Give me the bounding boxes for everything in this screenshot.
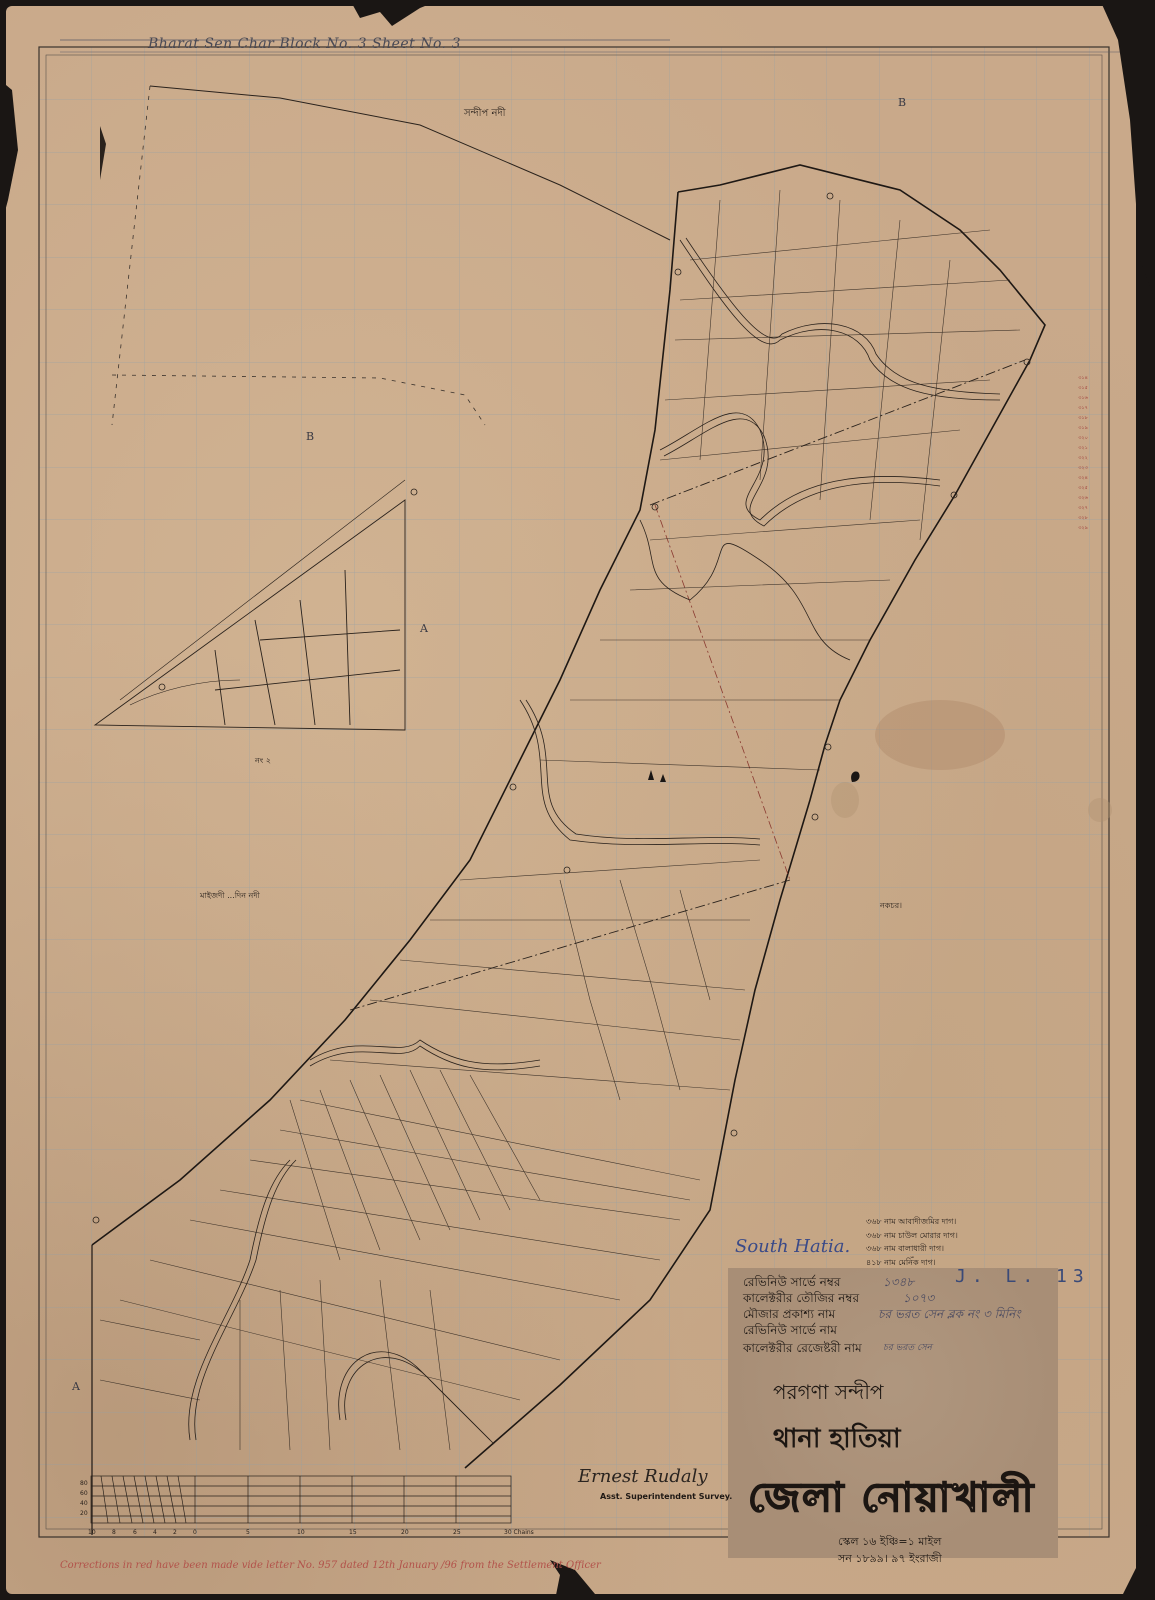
zila-title: জেলা নোয়াখালী [748, 1466, 1035, 1533]
legend-note: ৪১৮ নাম মেনিঁক দাগ। [866, 1256, 958, 1270]
scale-vtick: 60 [80, 1490, 88, 1497]
grid-letter-b-mid: B [306, 430, 314, 443]
scale-vtick: 40 [80, 1500, 88, 1507]
thana-title: থানা হাতিয়া [773, 1418, 901, 1462]
south-hatia-annotation: South Hatia. [735, 1236, 850, 1257]
scale-tick: 30 Chains [504, 1529, 534, 1536]
panel-label-revenue-survey-name: রেভিনিউ সার্ভে নাম [743, 1322, 837, 1342]
east-label: নকচর। [880, 900, 902, 913]
correction-note: Corrections in red have been made vide l… [60, 1560, 601, 1571]
river-label-west: মাইজদী ...দিন নদী [200, 890, 260, 903]
scale-tick: 8 [112, 1529, 116, 1536]
legend-note: ৩৬৮ নাম বালাধারী দাগ। [866, 1242, 958, 1256]
scale-tick: 6 [133, 1529, 137, 1536]
scale-vtick: 20 [80, 1510, 88, 1517]
scale-tick: 25 [453, 1529, 461, 1536]
legend-note: ৩৬৮ নাম চাউল মোরার দাগ। [866, 1229, 958, 1243]
panel-value-mouza-name: চর ভরত সেন ব্লক নং ৩ মিনিং [878, 1306, 1020, 1326]
panel-value-registry-name: চর ভরত সেন [883, 1340, 932, 1355]
scale-tick: 10 [88, 1529, 96, 1536]
scale-tick: 10 [297, 1529, 305, 1536]
sheet-title: Bharat Sen Char Block No. 3 Sheet No. 3 [148, 36, 461, 52]
scale-tick: 15 [349, 1529, 357, 1536]
water-stain [875, 700, 1005, 770]
title-label-panel: রেভিনিউ সার্ভে নম্বর ১৩৪৮ কালেক্টরীর তৌজ… [728, 1268, 1058, 1558]
inset-label: নং ২ [255, 755, 271, 768]
grid-letter-a-inset: A [420, 622, 428, 635]
grid-letter-a-bottom: A [72, 1380, 80, 1393]
year-note: সন ১৮৯৯। ৯৭ ইংরাজী [838, 1550, 942, 1569]
surveyor-signature: Ernest Rudaly [578, 1466, 708, 1487]
jl-number: J. L. 13 [955, 1266, 1090, 1287]
scale-tick: 20 [401, 1529, 409, 1536]
scale-tick: 4 [153, 1529, 157, 1536]
side-plot-list: ৩১৪৩১৫ ৩১৬৩১৭ ৩১৮৩১৯ ৩২০৩২১ ৩২২৩২৩ ৩২৪৩২… [1073, 373, 1093, 533]
scale-tick: 2 [173, 1529, 177, 1536]
grid-letter-b-top: B [898, 96, 906, 109]
pargana-title: পরগণা সন্দীপ [773, 1378, 884, 1411]
torn-edge [350, 0, 440, 26]
legend-notes: ৩৬৮ নাম আবাদীজমির দাগ। ৩৬৮ নাম চাউল মোরা… [866, 1215, 958, 1269]
scale-tick: 0 [193, 1529, 197, 1536]
river-label-sandwip: সন্দীপ নদী [464, 106, 506, 123]
panel-label-registry-name: কালেক্টরীর রেজেষ্টরী নাম [743, 1340, 862, 1360]
scale-vtick: 80 [80, 1480, 88, 1487]
surveyor-title: Asst. Superintendent Survey. [600, 1492, 732, 1501]
scale-tick: 5 [246, 1529, 250, 1536]
legend-note: ৩৬৮ নাম আবাদীজমির দাগ। [866, 1215, 958, 1229]
